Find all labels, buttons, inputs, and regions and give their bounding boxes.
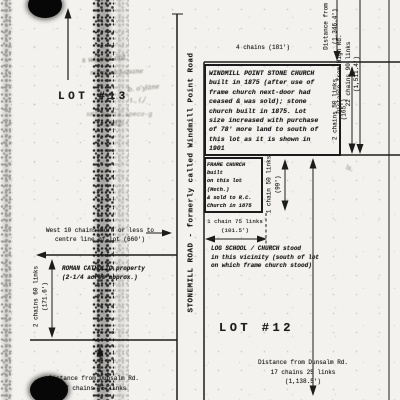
dist-high-rd-dim: Distance from High Rd. 22 chains 90 link… — [336, 22, 362, 126]
handwriting-illegible-4: t., (,/ — [130, 96, 146, 105]
scanned-survey-page: LOT #13 LOT #12 STONEMILL ROAD - formerl… — [0, 0, 400, 400]
road-label: STONEMILL ROAD - formerly called Windmil… — [187, 18, 200, 348]
catholic-parcel-depth-dim: 2 chains 60 links (171.6') — [33, 260, 50, 334]
frame-lot-width-dim: 1 chain 75 links (101.5') — [204, 217, 266, 235]
catholic-property-note: ROMAN CATHOLIC property (2-1/4 acres app… — [62, 265, 170, 283]
lot13-label: LOT #13 — [58, 90, 129, 105]
frame-lot-depth-dim: 1 chain 50 links (99') — [266, 153, 283, 217]
west-to-centre-dim: West 10 chains more or less to centre li… — [44, 227, 156, 244]
handwriting-year: 1902 — [104, 120, 122, 128]
dist-dunsalm-east-dim: Distance from Dunsalm Rd. 17 chains 25 l… — [247, 358, 359, 387]
log-school-note: LOG SCHOOL / CHURCH stood in this vicini… — [211, 245, 333, 271]
stone-church-note: WINDMILL POINT STONE CHURCH built in 187… — [209, 69, 339, 154]
handwriting-illegible-5: sml santa speco-g — [86, 111, 152, 118]
frame-church-note: FRAME CHURCH built on this lot (Meth.) &… — [207, 161, 263, 210]
church-frontage-dim: 4 chains (181') — [236, 44, 290, 52]
punch-hole-bottom — [30, 376, 68, 400]
handwriting-mark: ls, — [345, 164, 353, 172]
lot12-label: LOT #12 — [219, 320, 294, 336]
